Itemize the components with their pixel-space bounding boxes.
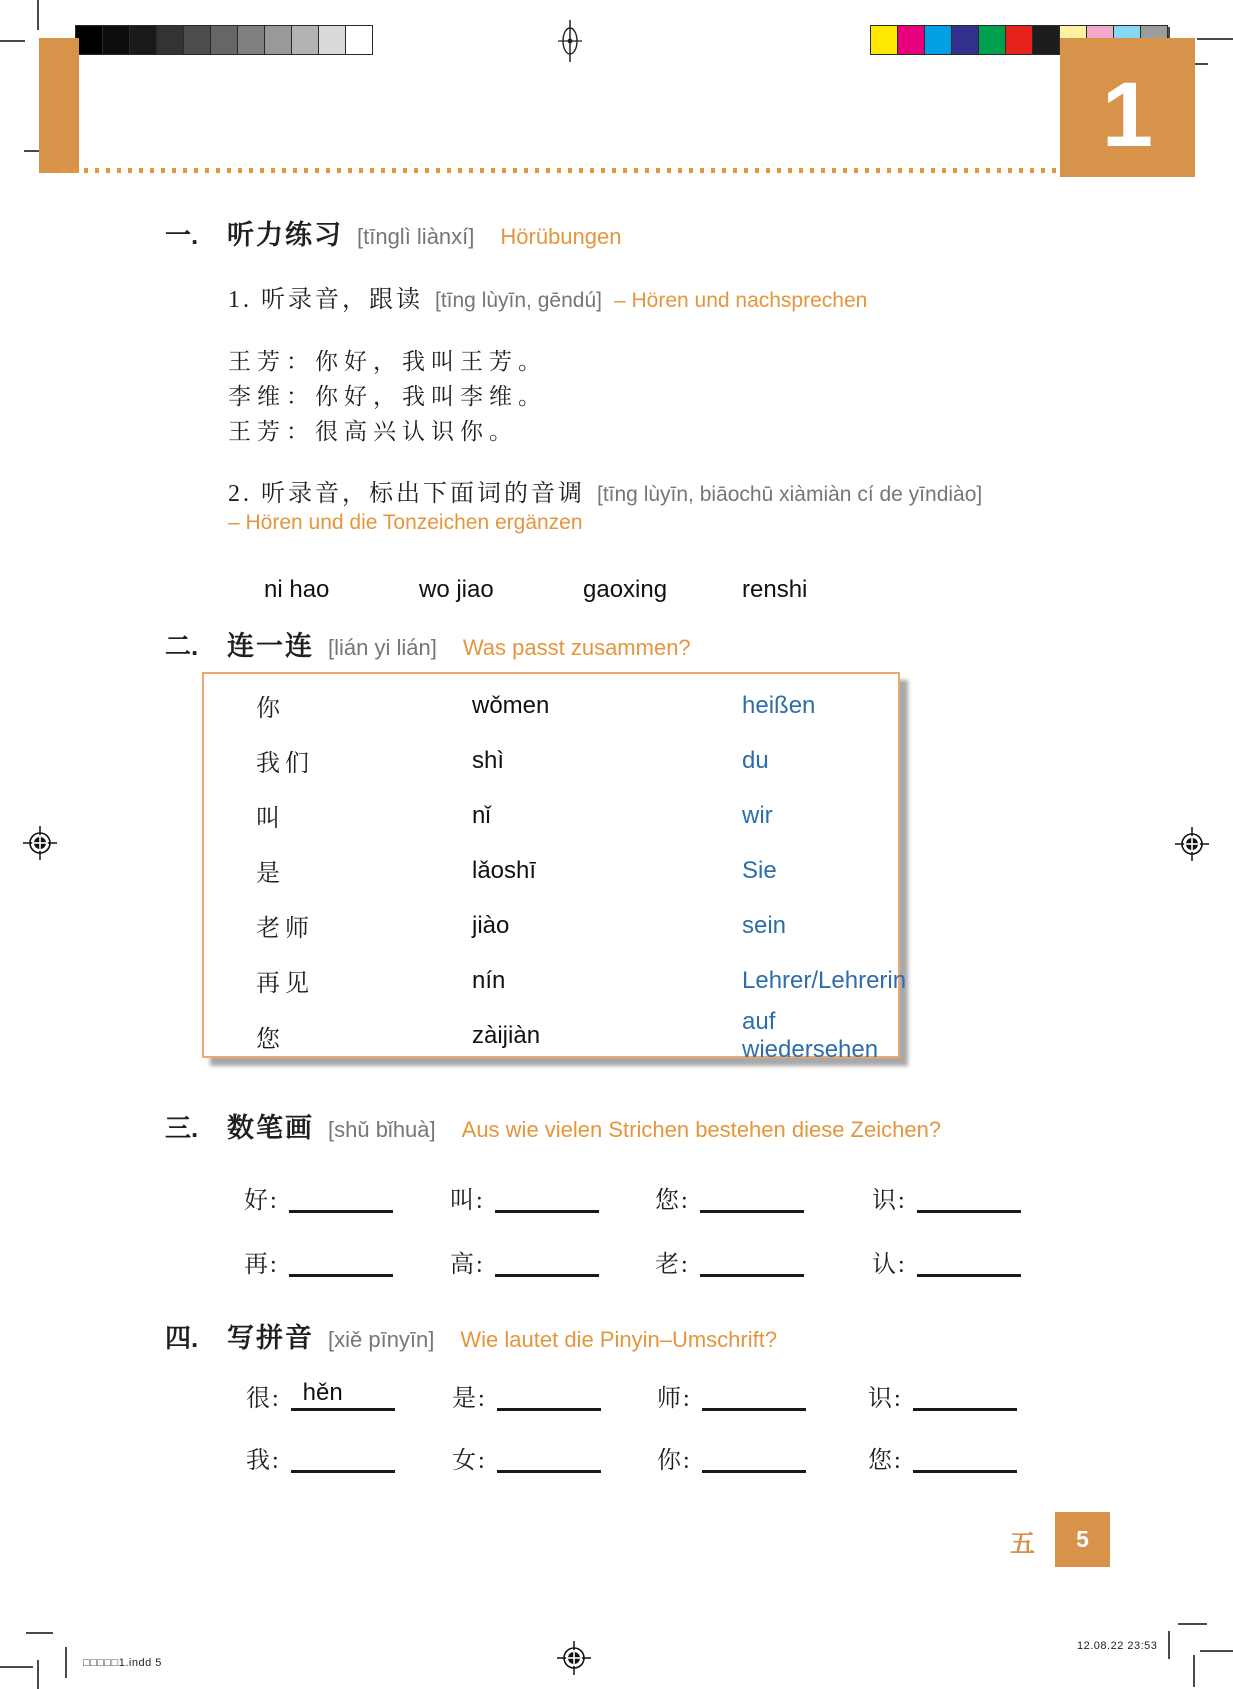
stroke-count-item: 叫: [450,1180,599,1215]
crop-mark-top-right-h1 [1197,38,1233,40]
answer-blank [702,1384,806,1411]
section-4-german: Wie lautet die Pinyin–Umschrift? [460,1327,777,1353]
answer-blank [913,1446,1017,1473]
hanzi-item: 叫 [256,798,472,833]
calibration-swatch [898,26,925,54]
answer-blank [913,1384,1017,1411]
answer-blank [702,1446,806,1473]
crop-mark-bottom-left-dash [26,1632,53,1634]
matching-exercise-box: 你 wǒmen heißen 我们 shì du 叫 nǐ wir 是 lǎos… [202,672,900,1058]
match-row: 您 zàijiàn auf wiedersehen [204,1008,898,1063]
dialogue-line: 王芳：很高兴认识你。 [228,414,547,449]
registration-target-bottom-icon [556,1640,592,1676]
fold-mark-top-icon [557,20,583,62]
stroke-count-item: 您: [655,1180,804,1215]
calibration-swatch [979,26,1006,54]
instruction-pinyin: [tīng lùyīn, gēndú] [435,289,602,313]
tone-word: renshi [742,576,807,604]
match-row: 我们 shì du [204,733,898,788]
hanzi-item: 我们 [256,743,472,778]
calibration-swatch [1033,26,1060,54]
pinyin-item-hen: 很:hěn [246,1378,395,1413]
german-item: Sie [742,857,898,885]
section-2-title: 连一连 [227,624,314,663]
section-1-german: Hörübungen [500,224,621,250]
calibration-swatch [265,26,292,54]
pinyin-item: zàijiàn [472,1022,742,1050]
pinyin-item: lǎoshī [472,857,742,885]
match-row: 是 lǎoshī Sie [204,843,898,898]
crop-mark-bottom-left-v [37,1660,39,1689]
tone-word: gaoxing [583,576,667,604]
answer-blank [291,1446,395,1473]
crop-mark-top-left-v [37,0,39,30]
handwritten-answer: hěn [303,1379,343,1407]
hanzi-label: 是: [452,1378,487,1413]
stroke-count-item: 好: [244,1180,393,1215]
exercise-1-2-instruction: 2. 听录音，标出下面词的音调 [tīng lùyīn, biāochū xià… [228,473,994,508]
hanzi-item: 是 [256,853,472,888]
calibration-swatch [130,26,157,54]
match-row: 老师 jiào sein [204,898,898,953]
hanzi-label: 您: [868,1440,903,1475]
section-2-number: 二. [165,626,227,663]
answer-blank [700,1250,804,1277]
calibration-swatch [319,26,346,54]
pinyin-item: 您: [868,1440,1017,1475]
crop-mark-bottom-right-h1 [1178,1623,1207,1625]
answer-blank [289,1250,393,1277]
page-number-chinese: 五 [1010,1524,1035,1560]
pinyin-item: 是: [452,1378,601,1413]
calibration-swatch [238,26,265,54]
section-3-title: 数笔画 [227,1106,314,1145]
workbook-page: 1 一. 听力练习 [tīnglì liànxí] Hörübungen 1. … [0,0,1233,1689]
section-4-header: 四. 写拼音 [xiě pīnyīn] Wie lautet die Pinyi… [165,1316,777,1355]
tone-word: wo jiao [419,576,494,604]
section-2-pinyin: [lián yi lián] [328,635,437,661]
hanzi-item: 再见 [256,963,472,998]
stroke-count-item: 老: [655,1244,804,1279]
calibration-swatch [952,26,979,54]
match-row: 再见 nín Lehrer/Lehrerin [204,953,898,1008]
calibration-swatch [346,26,372,54]
instruction-hanzi: 2. 听录音，标出下面词的音调 [228,473,585,508]
calibration-swatch [925,26,952,54]
answer-blank [700,1186,804,1213]
hanzi-item: 老师 [256,908,472,943]
calibration-swatch [76,26,103,54]
page-number-badge: 5 [1055,1512,1110,1567]
hanzi-label: 叫: [450,1180,485,1215]
section-1-pinyin: [tīnglì liànxí] [357,224,474,250]
stroke-count-item: 认: [872,1244,1021,1279]
answer-blank [289,1186,393,1213]
slug-filename: □□□□□1.indd 5 [83,1657,162,1669]
tone-word: ni hao [264,576,329,604]
hanzi-item: 您 [256,1019,472,1054]
answer-blank: hěn [291,1384,395,1411]
match-row: 叫 nǐ wir [204,788,898,843]
pinyin-item: wǒmen [472,692,742,720]
exercise-1-1-instruction: 1. 听录音，跟读 [tīng lùyīn, gēndú] – Hören un… [228,279,867,314]
slug-timestamp: 12.08.22 23:53 [1077,1640,1157,1652]
pinyin-item: shì [472,747,742,775]
calibration-swatch [157,26,184,54]
german-item: wir [742,802,898,830]
chapter-side-tab [39,38,79,173]
section-4-title: 写拼音 [227,1316,314,1355]
stroke-count-item: 高: [450,1244,599,1279]
hanzi-label: 女: [452,1440,487,1475]
hanzi-item: 你 [256,688,472,723]
section-1-number: 一. [165,215,227,252]
calibration-swatch [103,26,130,54]
section-3-german: Aus wie vielen Strichen bestehen diese Z… [462,1117,941,1143]
dotted-divider [62,168,1058,173]
pinyin-item: nǐ [472,802,742,830]
unit-number: 1 [1102,55,1153,161]
pinyin-item: 识: [868,1378,1017,1413]
section-1-header: 一. 听力练习 [tīnglì liànxí] Hörübungen [165,213,622,252]
hanzi-label: 你: [657,1440,692,1475]
crop-mark-bottom-left-h [0,1666,33,1668]
section-3-pinyin: [shǔ bǐhuà] [328,1117,436,1143]
hanzi-label: 师: [657,1378,692,1413]
hanzi-label: 好: [244,1180,279,1215]
pinyin-item: 师: [657,1378,806,1413]
stroke-count-item: 再: [244,1244,393,1279]
section-1-title: 听力练习 [227,213,343,252]
answer-blank [495,1186,599,1213]
answer-blank [497,1446,601,1473]
grayscale-calibration-bar [75,25,373,55]
slug-separator-left [65,1647,67,1678]
hanzi-label: 您: [655,1180,690,1215]
exercise-1-2-german: – Hören und die Tonzeichen ergänzen [228,511,583,535]
crop-mark-bottom-right-h2 [1200,1650,1233,1652]
section-3-number: 三. [165,1108,227,1145]
hanzi-label: 我: [246,1440,281,1475]
page-number: 5 [1076,1526,1089,1553]
hanzi-label: 认: [872,1244,907,1279]
german-item: Lehrer/Lehrerin [742,967,906,995]
dialogue-line: 李维：你好，我叫李维。 [228,379,547,414]
section-2-header: 二. 连一连 [lián yi lián] Was passt zusammen… [165,624,691,663]
hanzi-label: 识: [868,1378,903,1413]
section-2-german: Was passt zusammen? [463,635,691,661]
german-item: sein [742,912,898,940]
pinyin-item: 我: [246,1440,395,1475]
registration-target-right-icon [1174,826,1210,862]
hanzi-label: 老: [655,1244,690,1279]
dialogue-block: 王芳：你好，我叫王芳。 李维：你好，我叫李维。 王芳：很高兴认识你。 [228,344,547,449]
slug-separator-right [1168,1631,1170,1659]
calibration-swatch [184,26,211,54]
answer-blank [495,1250,599,1277]
calibration-swatch [1006,26,1033,54]
instruction-german: – Hören und nachsprechen [614,289,867,313]
match-row: 你 wǒmen heißen [204,678,898,733]
pinyin-item: 你: [657,1440,806,1475]
hanzi-label: 高: [450,1244,485,1279]
crop-mark-bottom-right-v [1193,1655,1195,1687]
stroke-count-item: 识: [872,1180,1021,1215]
instruction-pinyin: [tīng lùyīn, biāochū xiàmiàn cí de yīndi… [597,483,982,507]
dialogue-line: 王芳：你好，我叫王芳。 [228,344,547,379]
section-3-header: 三. 数笔画 [shǔ bǐhuà] Aus wie vielen Strich… [165,1106,941,1145]
answer-blank [917,1186,1021,1213]
german-item: heißen [742,692,898,720]
pinyin-item: 女: [452,1440,601,1475]
german-item: auf wiedersehen [742,1008,898,1064]
crop-mark-top-left-h [0,40,25,42]
registration-target-left-icon [22,825,58,861]
calibration-swatch [211,26,238,54]
german-item: du [742,747,898,775]
answer-blank [917,1250,1021,1277]
unit-number-badge: 1 [1060,38,1195,177]
calibration-swatch [871,26,898,54]
pinyin-item: jiào [472,912,742,940]
answer-blank [497,1384,601,1411]
instruction-german: – Hören und die Tonzeichen ergänzen [228,511,583,535]
hanzi-label: 很: [246,1378,281,1413]
hanzi-label: 再: [244,1244,279,1279]
section-4-number: 四. [165,1318,227,1355]
instruction-hanzi: 1. 听录音，跟读 [228,279,423,314]
pinyin-item: nín [472,967,742,995]
calibration-swatch [292,26,319,54]
tone-words-row: ni hao wo jiao gaoxing renshi [0,576,1233,606]
section-4-pinyin: [xiě pīnyīn] [328,1327,434,1353]
hanzi-label: 识: [872,1180,907,1215]
